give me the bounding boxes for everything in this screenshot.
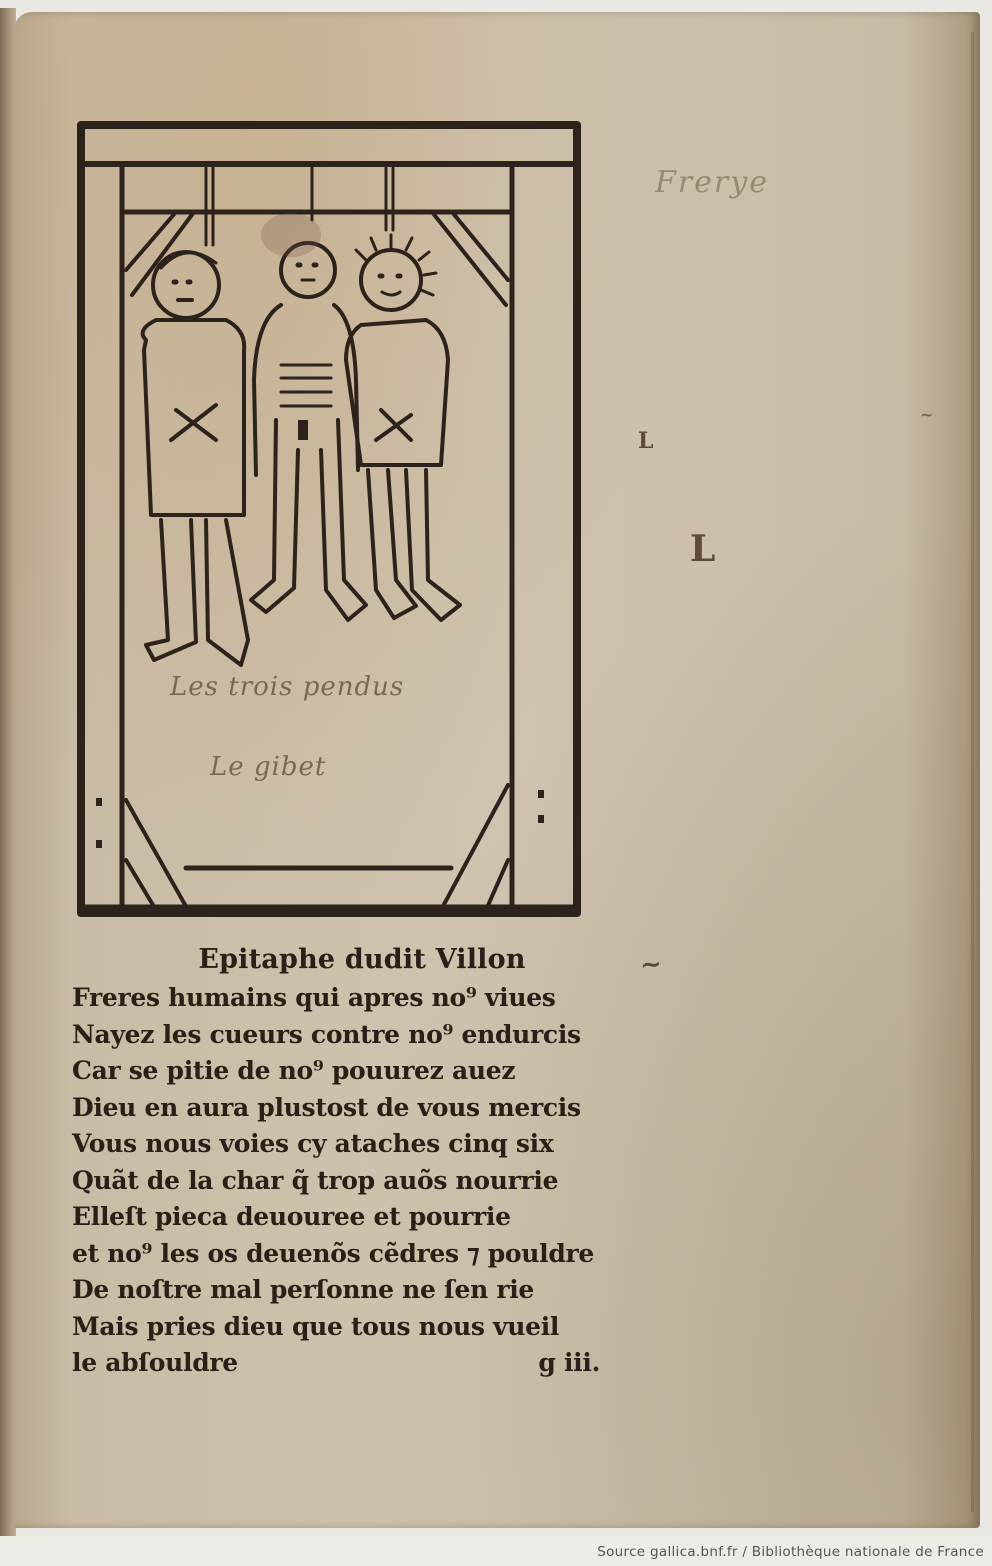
poem-line: De noſtre mal perſonne ne ſen rie <box>72 1272 612 1309</box>
gibbet-woodcut-icon <box>76 120 586 920</box>
poem-title: Epitaphe dudit Villon <box>112 940 612 980</box>
poem-line: Quãt de la char q̃ trop auõs nourrie <box>72 1163 612 1200</box>
poem-line: Car se pitie de no⁹ pouurez auez <box>72 1053 612 1090</box>
margin-mark: L <box>638 428 653 454</box>
poem-line: Mais pries dieu que tous nous vueil <box>72 1309 612 1346</box>
margin-mark: L <box>690 528 715 570</box>
margin-mark: ~ <box>639 949 663 981</box>
margin-mark: ~ <box>920 405 933 424</box>
handwritten-caption-pendus: Les trois pendus <box>170 672 404 702</box>
woodcut-illustration <box>76 120 586 920</box>
poem-line: Vous nous voies cy ataches cinq six <box>72 1126 612 1163</box>
poem-line: Elleſt pieca deuouree et pourrie <box>72 1199 612 1236</box>
poem-line: Freres humains qui apres no⁹ viues <box>72 980 612 1017</box>
signature-mark: g iii. <box>538 1345 600 1382</box>
poem-text-block: Epitaphe dudit Villon Freres humains qui… <box>72 940 612 1382</box>
source-credit: Source gallica.bnf.fr / Bibliothèque nat… <box>597 1544 984 1560</box>
handwritten-margin-signature: Frerye <box>655 165 769 200</box>
poem-line: le abſouldre <box>72 1345 238 1382</box>
poem-last-line: le abſouldre g iii. <box>72 1345 612 1382</box>
handwritten-caption-gibet: Le gibet <box>210 752 326 782</box>
poem-line: et no⁹ les os deuenõs cẽdres ⁊ pouldre <box>72 1236 612 1273</box>
poem-line: Nayez les cueurs contre no⁹ endurcis <box>72 1017 612 1054</box>
poem-line: Dieu en aura plustost de vous mercis <box>72 1090 612 1127</box>
